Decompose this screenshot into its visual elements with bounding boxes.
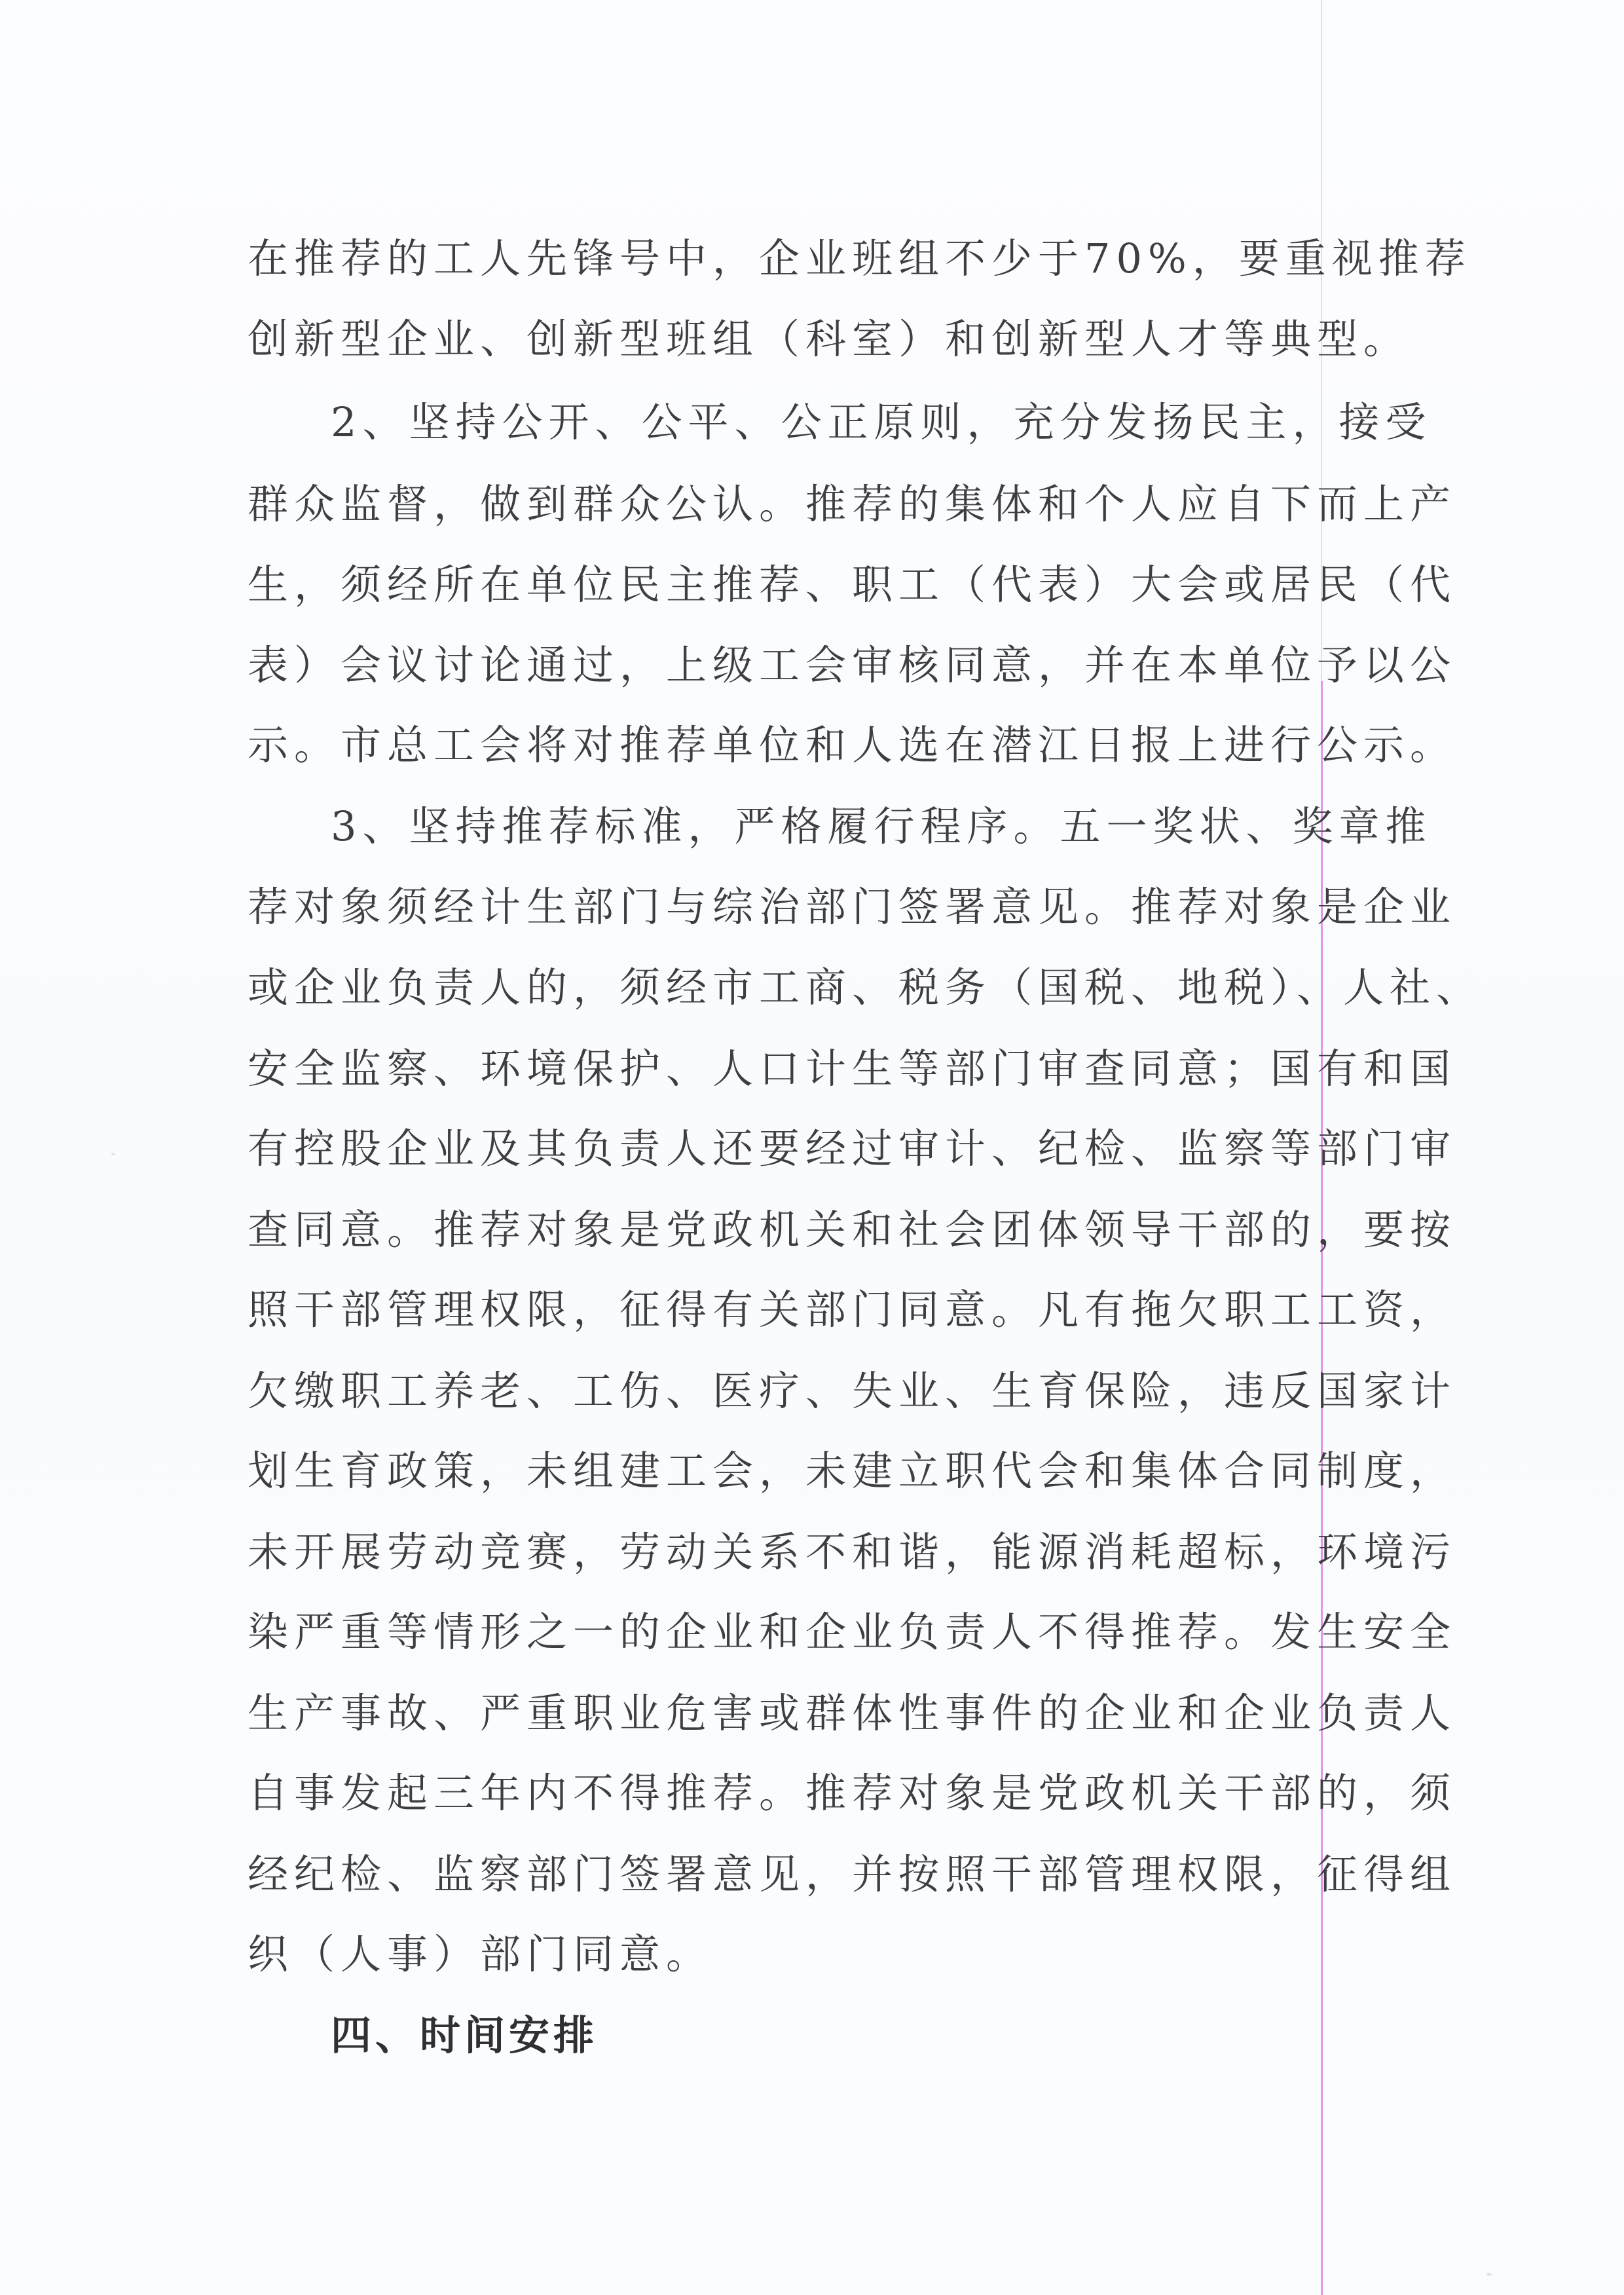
paragraph-line: 在推荐的工人先锋号中，企业班组不少于70%，要重视推荐 — [248, 233, 1374, 285]
paragraph-line: 染严重等情形之一的企业和企业负责人不得推荐。发生安全 — [248, 1606, 1374, 1658]
paragraph-line: 自事发起三年内不得推荐。推荐对象是党政机关干部的，须 — [248, 1767, 1374, 1819]
paragraph-line: 或企业负责人的，须经市工商、税务（国税、地税）、人社、 — [248, 961, 1374, 1014]
paragraph-2-first-line: 2、坚持公开、公平、公正原则，充分发扬民主，接受 — [331, 396, 1378, 449]
paragraph-line: 未开展劳动竞赛，劳动关系不和谐，能源消耗超标，环境污 — [248, 1526, 1374, 1578]
paragraph-line: 表）会议讨论通过，上级工会审核同意，并在本单位予以公 — [248, 639, 1374, 692]
paragraph-3-first-line: 3、坚持推荐标准，严格履行程序。五一奖状、奖章推 — [331, 800, 1378, 853]
scan-speck — [111, 1153, 115, 1155]
paragraph-line: 安全监察、环境保护、人口计生等部门审查同意；国有和国 — [248, 1043, 1374, 1095]
paragraph-line: 织（人事）部门同意。 — [248, 1928, 1374, 1981]
paragraph-line: 经纪检、监察部门签署意见，并按照干部管理权限，征得组 — [248, 1848, 1374, 1901]
scan-speck — [1486, 2273, 1492, 2276]
paragraph-line: 群众监督，做到群众公认。推荐的集体和个人应自下而上产 — [248, 478, 1374, 531]
paragraph-line: 荐对象须经计生部门与综治部门签署意见。推荐对象是企业 — [248, 881, 1374, 933]
paragraph-line: 有控股企业及其负责人还要经过审计、纪检、监察等部门审 — [248, 1123, 1374, 1175]
document-page: 在推荐的工人先锋号中，企业班组不少于70%，要重视推荐 创新型企业、创新型班组（… — [0, 0, 1624, 2295]
paragraph-line: 划生育政策，未组建工会，未建立职代会和集体合同制度， — [248, 1445, 1374, 1497]
paragraph-line: 创新型企业、创新型班组（科室）和创新型人才等典型。 — [248, 313, 1374, 365]
paragraph-line: 查同意。推荐对象是党政机关和社会团体领导干部的，要按 — [248, 1204, 1374, 1256]
paragraph-line: 生，须经所在单位民主推荐、职工（代表）大会或居民（代 — [248, 559, 1374, 611]
paragraph-line: 生产事故、严重职业危害或群体性事件的企业和企业负责人 — [248, 1687, 1374, 1740]
paragraph-line: 示。市总工会将对推荐单位和人选在潜江日报上进行公示。 — [248, 719, 1374, 772]
paragraph-line: 照干部管理权限，征得有关部门同意。凡有拖欠职工工资， — [248, 1284, 1374, 1336]
section-heading: 四、时间安排 — [331, 2009, 598, 2062]
paragraph-line: 欠缴职工养老、工伤、医疗、失业、生育保险，违反国家计 — [248, 1365, 1374, 1417]
